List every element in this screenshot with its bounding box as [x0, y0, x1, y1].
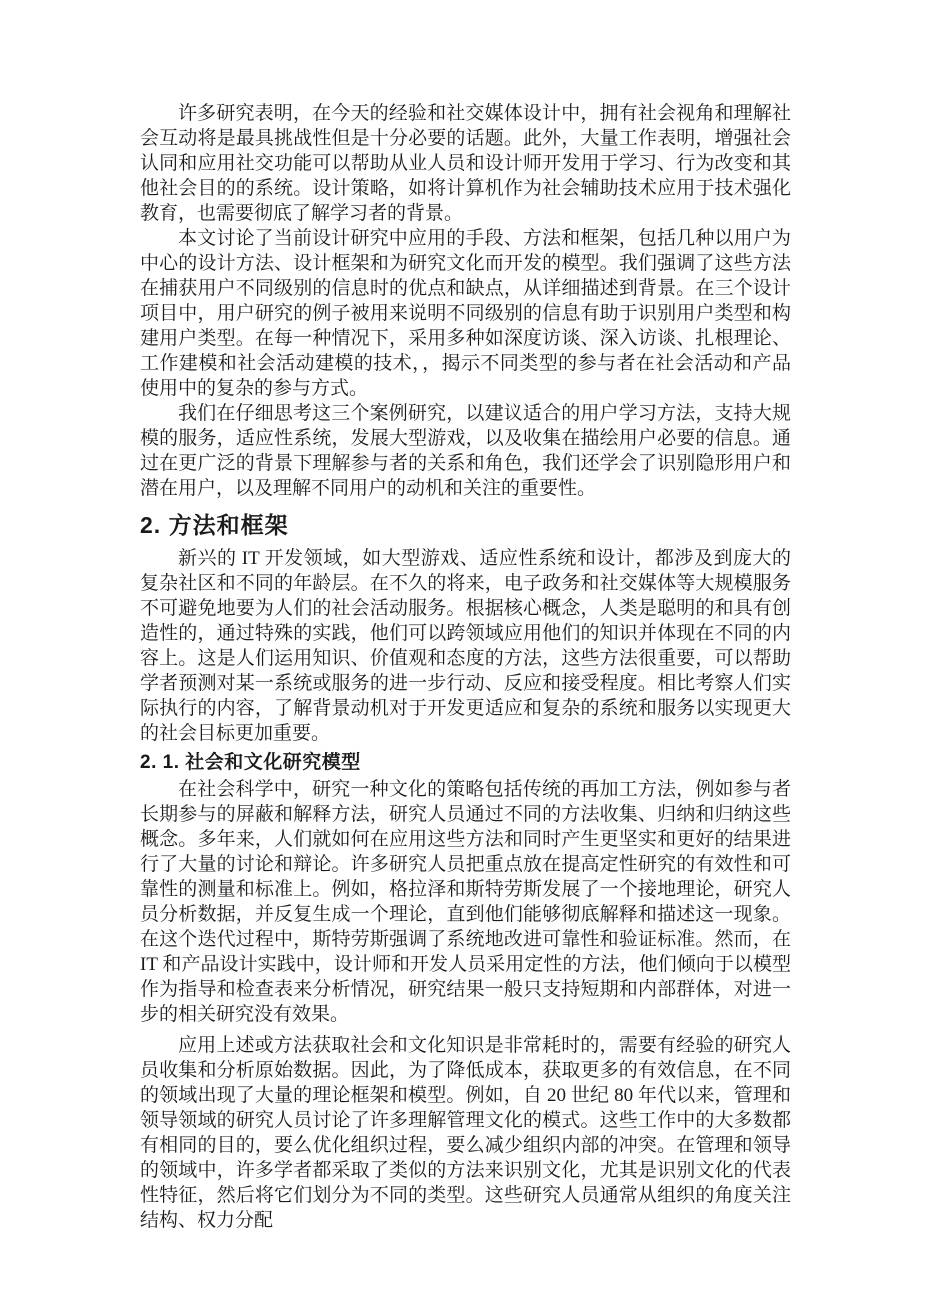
subsection-heading-social-cultural-models: 2. 1. 社会和文化研究模型	[140, 750, 791, 775]
page-content: 许多研究表明，在今天的经验和社交媒体设计中，拥有社会视角和理解社会互动将是最具挑…	[140, 101, 791, 1233]
paragraph-emerging-it-fields: 新兴的 IT 开发领域，如大型游戏、适应性系统和设计，都涉及到庞大的复杂社区和不…	[140, 546, 791, 746]
section-heading-methods-and-frameworks: 2. 方法和框架	[140, 511, 791, 539]
paragraph-social-media-design: 许多研究表明，在今天的经验和社交媒体设计中，拥有社会视角和理解社会互动将是最具挑…	[140, 101, 791, 226]
paragraph-social-science-strategies: 在社会科学中，研究一种文化的策略包括传统的再加工方法，例如参与者长期参与的屏蔽和…	[140, 777, 791, 1027]
document-page: 许多研究表明，在今天的经验和社交媒体设计中，拥有社会视角和理解社会互动将是最具挑…	[0, 0, 926, 1309]
paragraph-case-studies: 我们在仔细思考这三个案例研究，以建议适合的用户学习方法，支持大规模的服务，适应性…	[140, 401, 791, 501]
paragraph-theoretical-frameworks: 应用上述或方法获取社会和文化知识是非常耗时的，需要有经验的研究人员收集和分析原始…	[140, 1033, 791, 1233]
paragraph-methods-frameworks-overview: 本文讨论了当前设计研究中应用的手段、方法和框架，包括几种以用户为中心的设计方法、…	[140, 226, 791, 401]
